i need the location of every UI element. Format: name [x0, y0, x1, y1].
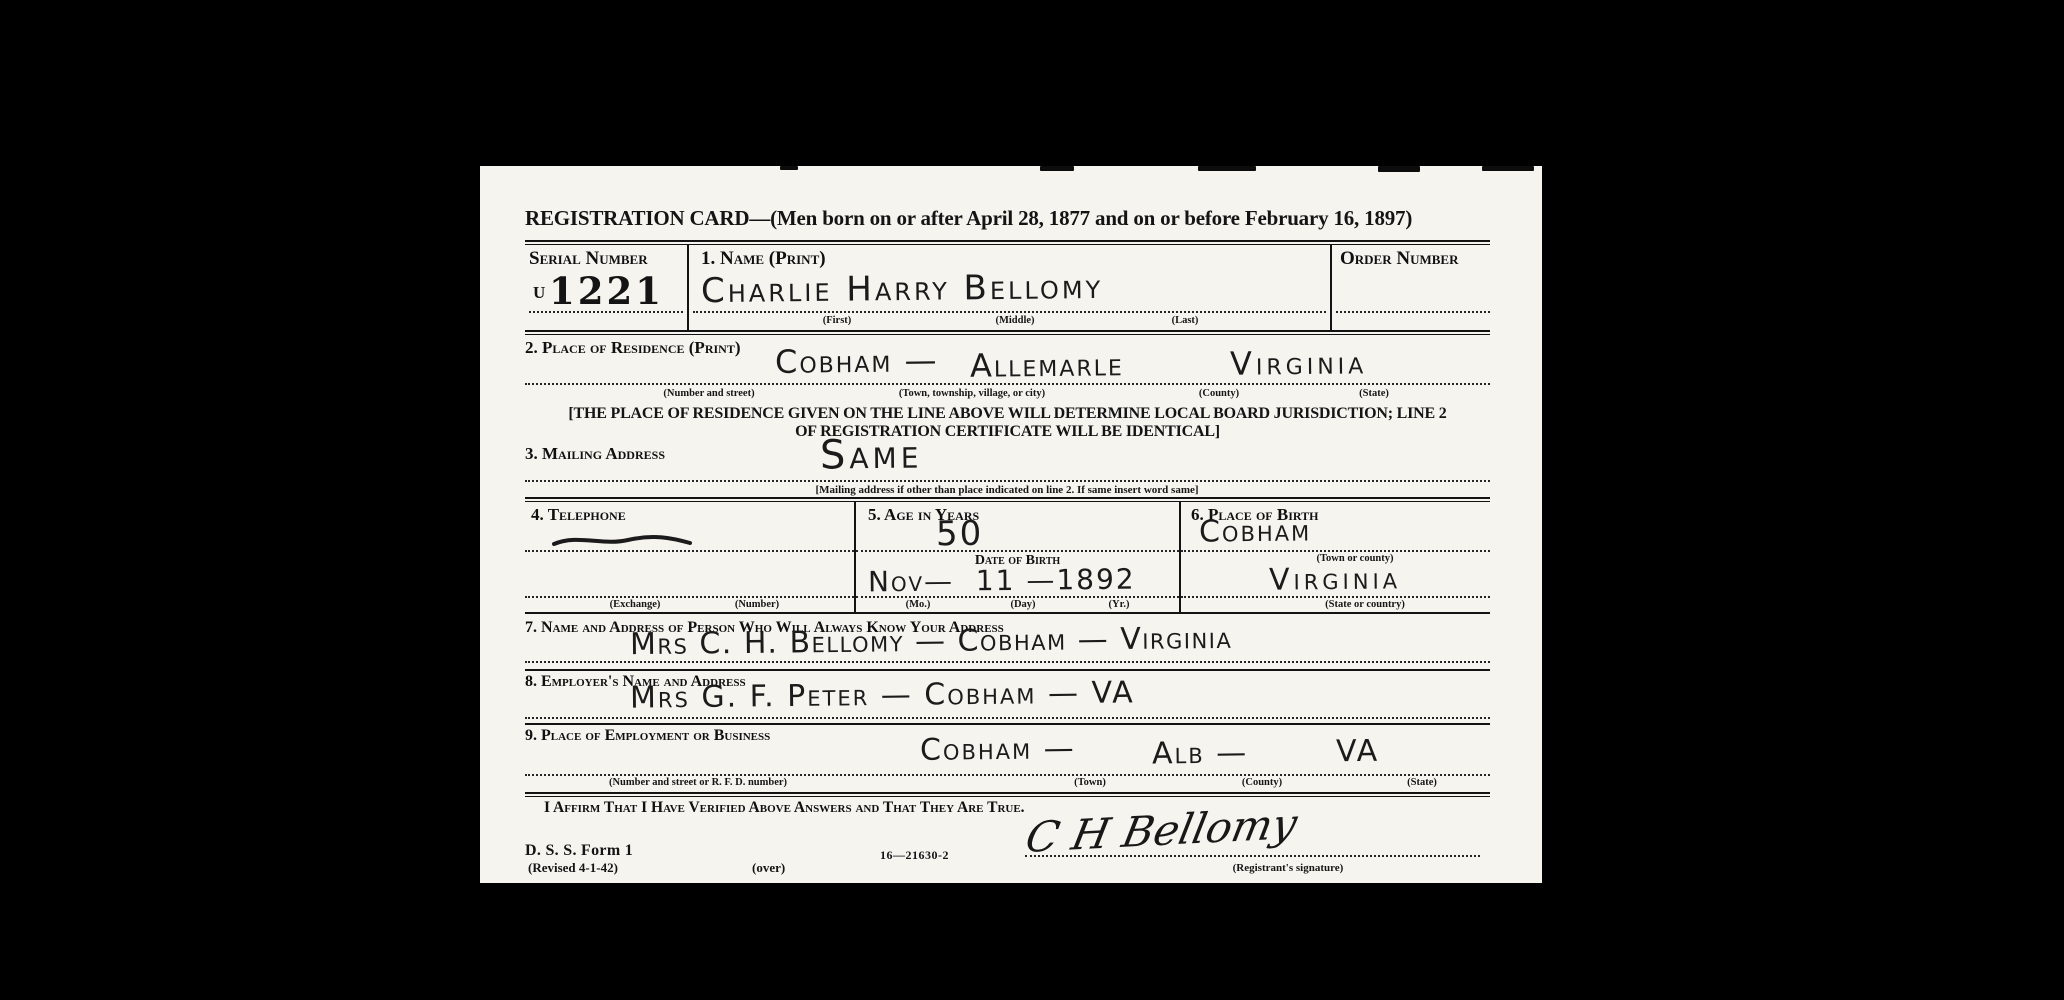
registration-card: REGISTRATION CARD—(Men born on or after …	[480, 166, 1542, 883]
row-serial-name-order: Serial Number U 1221 1. Name (Print) Cha…	[525, 245, 1490, 330]
name-sub-first: (First)	[823, 315, 852, 326]
over-note: (over)	[752, 860, 785, 876]
divider	[525, 669, 1490, 671]
birthplace-town-underline	[1181, 550, 1490, 552]
print-code: 16—21630-2	[880, 848, 949, 863]
employment-county-value: Alb —	[1152, 735, 1249, 771]
telephone-label: 4. Telephone	[531, 505, 626, 525]
employment-sub-county: (County)	[1242, 777, 1282, 788]
residence-county-value: Allemarle	[970, 345, 1124, 385]
employment-town-value: Cobham —	[920, 731, 1076, 768]
birthplace-state-value: Virginia	[1269, 561, 1401, 597]
dob-sub-yr: (Yr.)	[1109, 599, 1130, 610]
residence-label: 2. Place of Residence (Print)	[525, 338, 740, 358]
name-sub-middle: (Middle)	[995, 315, 1034, 326]
divider	[525, 723, 1490, 725]
scan-artifact	[1482, 166, 1534, 171]
telephone-sub-exchange: (Exchange)	[610, 599, 661, 610]
scan-artifact	[1198, 166, 1256, 171]
signature-underline	[1025, 855, 1480, 857]
age-dob-cell: 5. Age in Years 50 Date of Birth Nov— 11…	[854, 502, 1179, 612]
scan-artifact	[780, 166, 798, 170]
mailing-underline	[525, 480, 1490, 482]
dob-value: Nov— 11 —1892	[868, 563, 1136, 599]
order-number-underline	[1336, 311, 1490, 313]
telephone-line1	[525, 550, 854, 552]
residence-underline	[525, 383, 1490, 385]
divider	[525, 792, 1490, 797]
birthplace-cell: 6. Place of Birth Cobham (Town or county…	[1179, 502, 1490, 612]
employer-underline	[525, 717, 1490, 719]
scan-artifact	[1040, 166, 1074, 171]
signature-sub-label: (Registrant's signature)	[1233, 862, 1344, 874]
form-number: D. S. S. Form 1	[525, 842, 633, 860]
employment-label: 9. Place of Employment or Business	[525, 727, 770, 745]
employment-underline	[525, 774, 1490, 776]
birthplace-town-value: Cobham	[1199, 513, 1312, 549]
serial-number-value: 1221	[549, 269, 664, 313]
jurisdiction-note: [THE PLACE OF RESIDENCE GIVEN ON THE LIN…	[565, 405, 1450, 440]
telephone-line2	[525, 596, 854, 598]
mailing-value: Same	[820, 431, 923, 478]
birthplace-state-underline	[1181, 596, 1490, 598]
scan-background: REGISTRATION CARD—(Men born on or after …	[0, 0, 2064, 1000]
residence-town-value: Cobham —	[775, 341, 939, 381]
residence-sub-town: (Town, township, village, or city)	[899, 388, 1045, 399]
scan-artifact	[1378, 166, 1420, 172]
age-underline	[856, 550, 1179, 552]
dob-sub-mo: (Mo.)	[906, 599, 931, 610]
serial-number-cell: Serial Number U 1221	[525, 245, 687, 330]
name-sub-last: (Last)	[1172, 315, 1199, 326]
residence-sub-street: (Number and street)	[663, 388, 754, 399]
dob-underline	[856, 596, 1179, 598]
name-label: 1. Name (Print)	[701, 248, 826, 270]
serial-prefix: U	[533, 283, 545, 303]
mailing-sub-note: [Mailing address if other than place ind…	[815, 484, 1198, 496]
age-value: 50	[936, 514, 984, 554]
employment-sub-state: (State)	[1407, 777, 1437, 788]
form-revision: (Revised 4-1-42)	[528, 860, 618, 876]
residence-state-value: Virginia	[1230, 343, 1368, 382]
employment-sub-street: (Number and street or R. F. D. number)	[609, 777, 787, 788]
residence-sub-state: (State)	[1359, 388, 1389, 399]
contact-value: Mrs C. H. Bellomy — Cobham — Virginia	[630, 621, 1233, 662]
registrant-signature: C H Bellomy	[1022, 799, 1302, 862]
dob-sub-day: (Day)	[1010, 599, 1035, 610]
row-telephone-age-birth: 4. Telephone (Exchange) (Number) 5. Age …	[525, 502, 1490, 614]
telephone-scribble-mark	[550, 528, 695, 552]
employment-sub-town: (Town)	[1074, 777, 1106, 788]
name-value: Charlie Harry Bellomy	[701, 267, 1104, 311]
serial-underline	[529, 311, 683, 313]
serial-number-label: Serial Number	[529, 248, 648, 270]
name-underline	[693, 311, 1326, 313]
telephone-cell: 4. Telephone (Exchange) (Number)	[525, 502, 854, 612]
telephone-sub-number: (Number)	[735, 599, 779, 610]
birthplace-state-sub: (State or country)	[1325, 599, 1405, 610]
mailing-label: 3. Mailing Address	[525, 444, 665, 464]
employer-value: Mrs G. F. Peter — Cobham — VA	[630, 675, 1135, 715]
divider	[525, 330, 1490, 335]
affirmation-text: I Affirm That I Have Verified Above Answ…	[544, 799, 1025, 817]
order-number-label: Order Number	[1340, 248, 1458, 270]
card-title: REGISTRATION CARD—(Men born on or after …	[525, 206, 1490, 231]
order-number-cell: Order Number	[1330, 245, 1490, 330]
name-cell: 1. Name (Print) Charlie Harry Bellomy (F…	[687, 245, 1330, 330]
residence-sub-county: (County)	[1199, 388, 1239, 399]
employment-state-value: VA	[1336, 734, 1380, 769]
contact-underline	[525, 661, 1490, 663]
